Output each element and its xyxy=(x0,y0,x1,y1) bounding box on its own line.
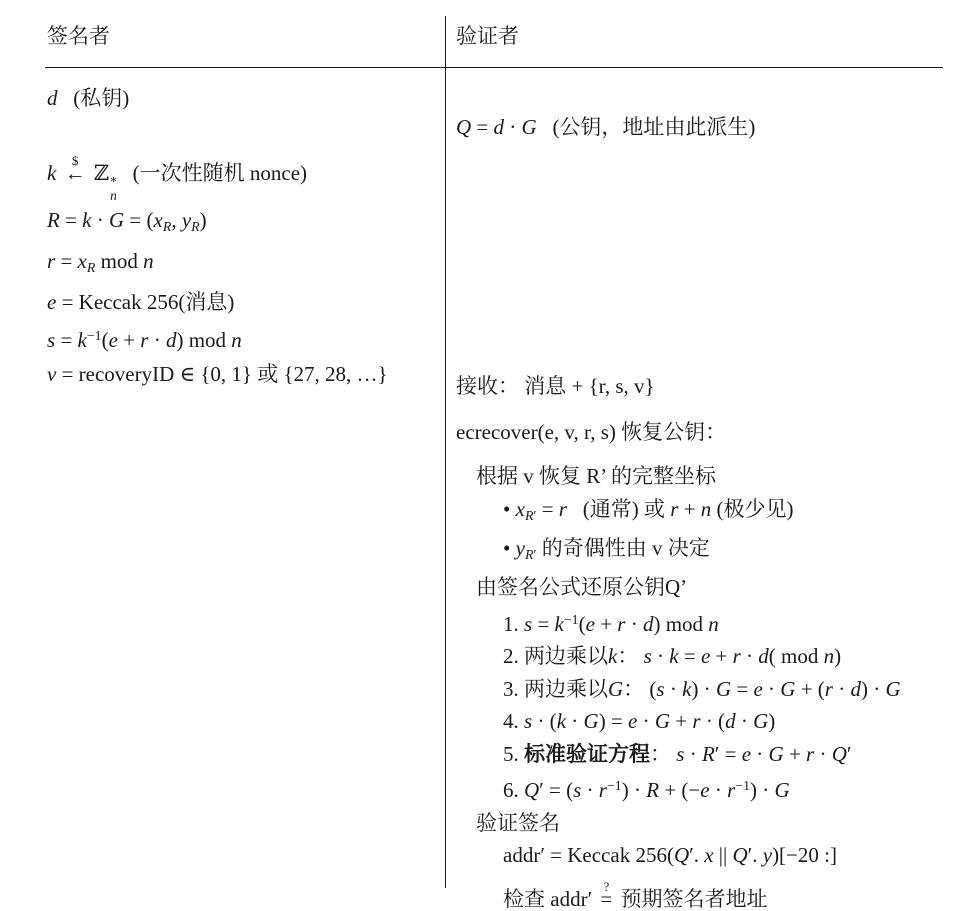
formula-line: R = k · G = (xR, yR) xyxy=(47,203,439,244)
verifier-final-check: 检查 addr′ ?= 预期签名者地址 xyxy=(456,882,958,911)
signer-private-key-group: d (私钥) xyxy=(47,84,439,112)
formula-line: 3. 两边乘以G： (s · k) · G = e · G + (r · d) … xyxy=(456,673,958,706)
formula-line: 由签名公式还原公钥Q’ xyxy=(456,571,958,604)
verifier-column: Q = d · G (公钥，地址由此派生) 接收： 消息 + {r, s, v}… xyxy=(456,68,958,911)
formula-line: • yR′ 的奇偶性由 v 决定 xyxy=(456,532,958,571)
signer-signing-steps-group: k $← ℤ*n (一次性随机 nonce)R = k · G = (xR, y… xyxy=(47,156,439,391)
formula-line: 验证签名 xyxy=(456,807,958,840)
signer-column: d (私钥) k $← ℤ*n (一次性随机 nonce)R = k · G =… xyxy=(47,68,439,391)
formula-line: 1. s = k−1(e + r · d) mod n xyxy=(456,604,958,640)
verifier-receive-group: 接收： 消息 + {r, s, v} xyxy=(456,372,958,400)
verifier-public-key-group: Q = d · G (公钥，地址由此派生) xyxy=(456,113,958,141)
formula-line: s = k−1(e + r · d) mod n xyxy=(47,319,439,357)
formula-line: • xR′ = r (通常) 或 r + n (极少见) xyxy=(456,493,958,532)
column-divider xyxy=(445,16,446,888)
formula-line: k $← ℤ*n (一次性随机 nonce) xyxy=(47,156,439,203)
verifier-recovery-steps: 根据 v 恢复 R’ 的完整坐标• xR′ = r (通常) 或 r + n (… xyxy=(456,460,958,872)
formula-line: 5. 标准验证方程： s · R′ = e · G + r · Q′ xyxy=(456,738,958,771)
formula-line: Q = d · G (公钥，地址由此派生) xyxy=(456,113,958,141)
formula-line: 4. s · (k · G) = e · G + r · (d · G) xyxy=(456,705,958,738)
signer-column-header: 签名者 xyxy=(47,23,110,49)
formula-line: r = xR mod n xyxy=(47,244,439,285)
verifier-ecrecover-header: ecrecover(e, v, r, s) 恢复公钥： xyxy=(456,418,958,446)
formula-line: 6. Q′ = (s · r−1) · R + (−e · r−1) · G xyxy=(456,770,958,806)
formula-line: 根据 v 恢复 R’ 的完整坐标 xyxy=(456,460,958,493)
formula-line: d (私钥) xyxy=(47,84,439,112)
formula-line: ecrecover(e, v, r, s) 恢复公钥： xyxy=(456,418,958,446)
formula-line: 2. 两边乘以k： s · k = e + r · d( mod n) xyxy=(456,640,958,673)
formula-line: e = Keccak 256(消息) xyxy=(47,285,439,319)
formula-line: v = recoveryID ∈ {0, 1} 或 {27, 28, …} xyxy=(47,357,439,391)
formula-line: 接收： 消息 + {r, s, v} xyxy=(456,372,958,400)
formula-line: 检查 addr′ ?= 预期签名者地址 xyxy=(456,882,958,911)
formula-line: addr′ = Keccak 256(Q′. x || Q′. y)[−20 :… xyxy=(456,839,958,872)
ecdsa-protocol-document: 签名者 验证者 d (私钥) k $← ℤ*n (一次性随机 nonce)R =… xyxy=(0,0,964,911)
verifier-column-header: 验证者 xyxy=(456,23,519,49)
